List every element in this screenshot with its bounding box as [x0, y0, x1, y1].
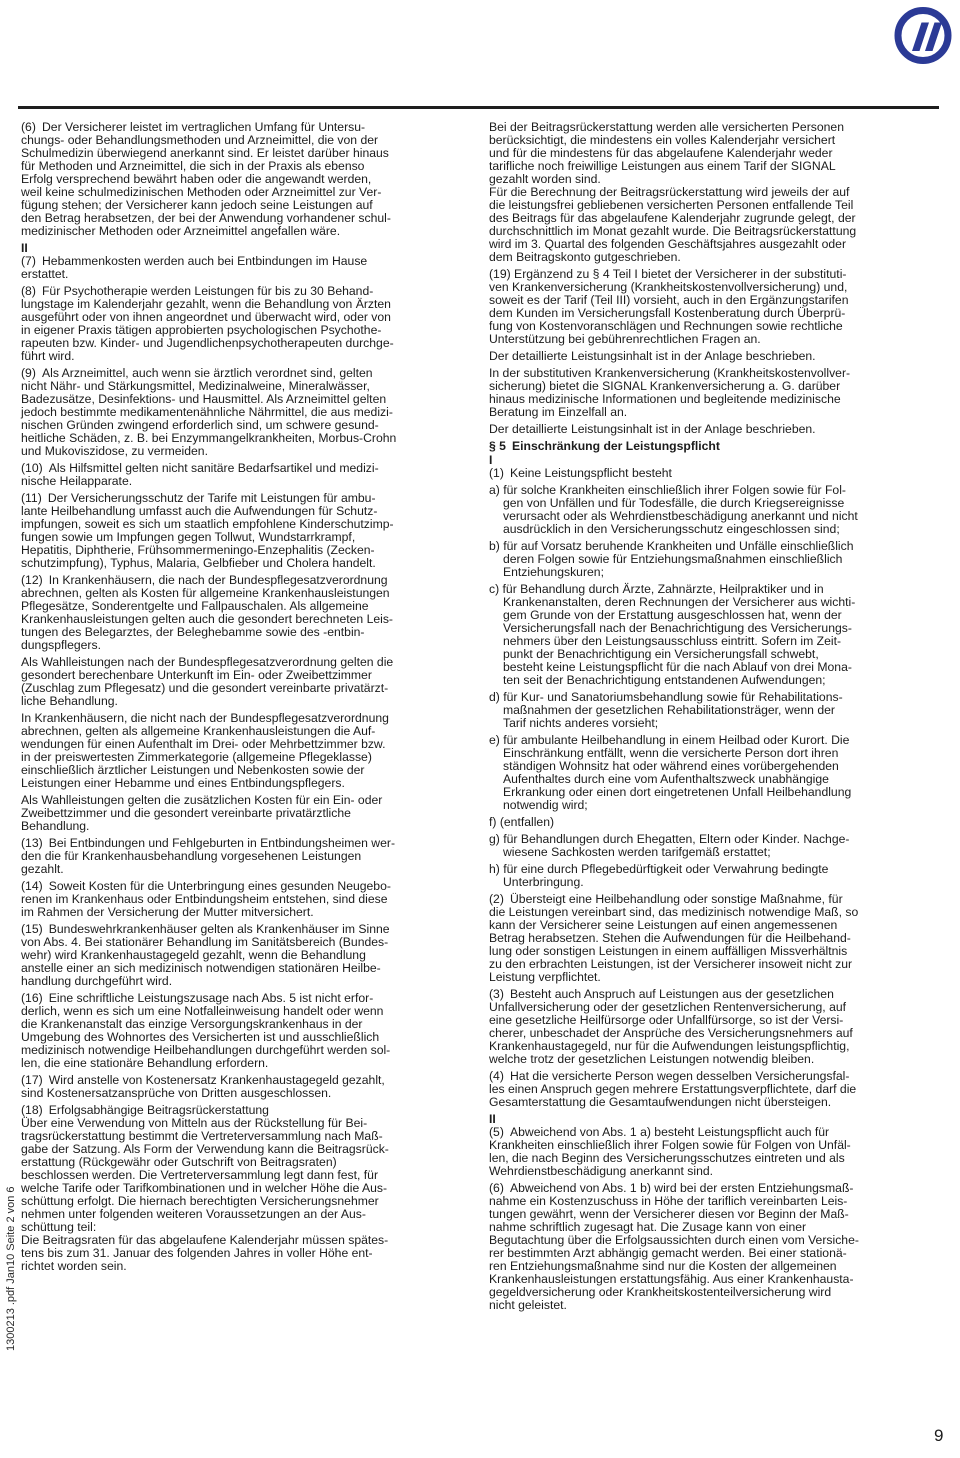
body-paragraph: (5) Abweichend von Abs. 1 a) besteht Lei…: [489, 1126, 941, 1178]
body-paragraph: (7) Hebammenkosten werden auch bei Entbi…: [21, 255, 470, 281]
list-item: g) für Behandlungen durch Ehegatten, Elt…: [489, 833, 941, 859]
body-paragraph: Der detaillierte Leistungsinhalt ist in …: [489, 350, 941, 363]
body-paragraph: Als Wahlleistungen gelten die zusätzlich…: [21, 794, 470, 833]
header-divider-rule: [18, 106, 939, 109]
list-item: e) für ambulante Heilbehandlung in einem…: [489, 734, 941, 812]
document-id-sidebar-text: 1300213 .pdf Jan10 Seite 2 von 6: [5, 1186, 18, 1351]
body-paragraph: (18) Erfolgsabhängige Beitragsrückerstat…: [21, 1104, 470, 1273]
body-paragraph: (12) In Krankenhäusern, die nach der Bun…: [21, 574, 470, 652]
body-paragraph: (14) Soweit Kosten für die Unterbringung…: [21, 880, 470, 919]
signal-insurance-logo-icon: [894, 4, 952, 67]
body-paragraph: (1) Keine Leistungspflicht besteht: [489, 467, 941, 480]
list-item: a) für solche Krankheiten einschließlich…: [489, 484, 941, 536]
right-text-column: Bei der Beitragsrückerstattung werden al…: [489, 121, 941, 1316]
body-paragraph: (16) Eine schriftliche Leistungszusage n…: [21, 992, 470, 1070]
body-paragraph: (9) Als Arzneimittel, auch wenn sie ärzt…: [21, 367, 470, 458]
body-paragraph: In Krankenhäusern, die nicht nach der Bu…: [21, 712, 470, 790]
body-paragraph: (11) Der Versicherungsschutz der Tarife …: [21, 492, 470, 570]
body-paragraph: (6) Der Versicherer leistet im vertragli…: [21, 121, 470, 238]
body-paragraph: (4) Hat die versicherte Person wegen des…: [489, 1070, 941, 1109]
left-text-column: (6) Der Versicherer leistet im vertragli…: [21, 121, 470, 1277]
body-paragraph: (13) Bei Entbindungen und Fehlgeburten i…: [21, 837, 470, 876]
body-paragraph: Als Wahlleistungen nach der Bundespflege…: [21, 656, 470, 708]
body-paragraph: Bei der Beitragsrückerstattung werden al…: [489, 121, 941, 264]
body-paragraph: (19) Ergänzend zu § 4 Teil I bietet der …: [489, 268, 941, 346]
body-paragraph: (3) Besteht auch Anspruch auf Leistungen…: [489, 988, 941, 1066]
list-item: h) für eine durch Pflegebedürftigkeit od…: [489, 863, 941, 889]
body-paragraph: (8) Für Psychotherapie werden Leistungen…: [21, 285, 470, 363]
section-heading: § 5 Einschränkung der Leistungspflicht: [489, 440, 941, 453]
list-item: d) für Kur- und Sanatoriumsbehandlung so…: [489, 691, 941, 730]
body-paragraph: (15) Bundeswehrkrankenhäuser gelten als …: [21, 923, 470, 988]
body-paragraph: In der substitutiven Krankenversicherung…: [489, 367, 941, 419]
body-paragraph: (10) Als Hilfsmittel gelten nicht sanitä…: [21, 462, 470, 488]
list-item: b) für auf Vorsatz beruhende Krankheiten…: [489, 540, 941, 579]
list-item: f) (entfallen): [489, 816, 941, 829]
body-paragraph: (2) Übersteigt eine Heilbehandlung oder …: [489, 893, 941, 984]
body-paragraph: (17) Wird anstelle von Kostenersatz Kran…: [21, 1074, 470, 1100]
body-paragraph: (6) Abweichend von Abs. 1 b) wird bei de…: [489, 1182, 941, 1312]
page-number: 9: [934, 1426, 943, 1446]
list-item: c) für Behandlung durch Ärzte, Zahnärzte…: [489, 583, 941, 687]
body-paragraph: Der detaillierte Leistungsinhalt ist in …: [489, 423, 941, 436]
